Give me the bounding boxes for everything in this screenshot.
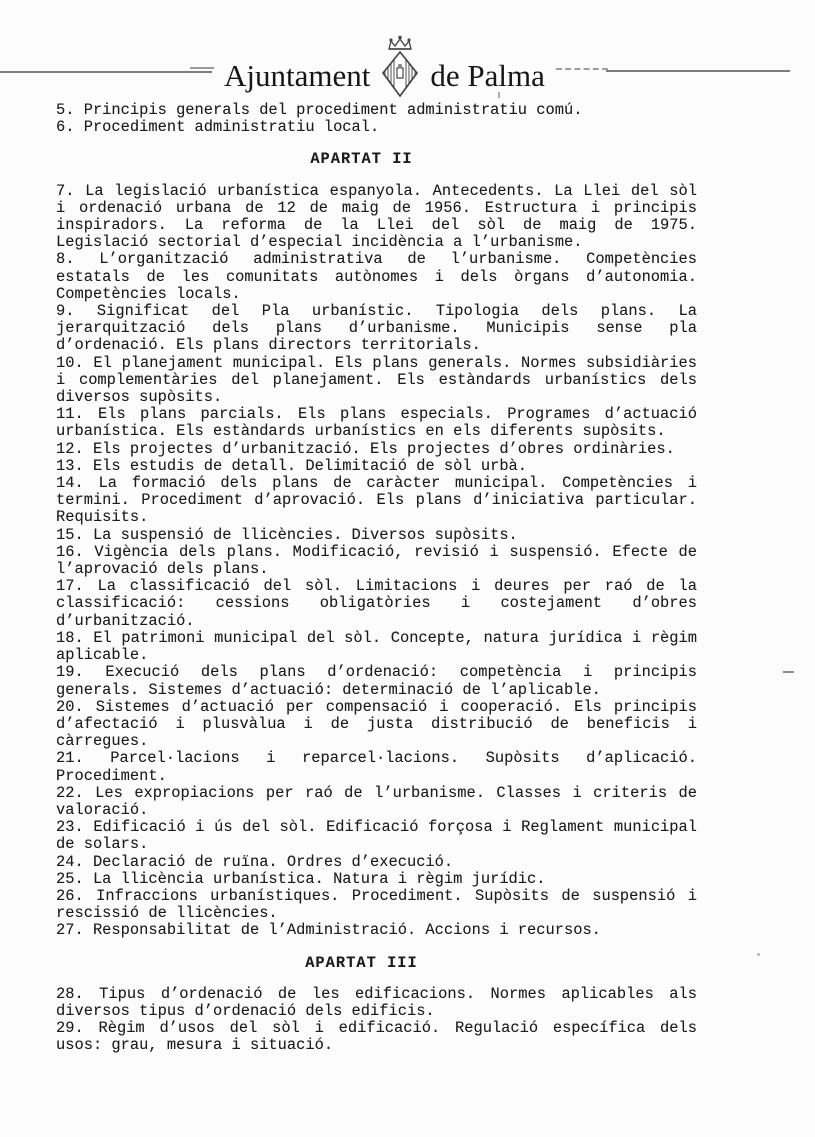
syllabus-item: 6. Procediment administratiu local. (56, 119, 697, 136)
scan-artifact (783, 671, 794, 673)
syllabus-item: 9. Significat del Pla urbanístic. Tipolo… (56, 303, 697, 355)
syllabus-text-block: 5. Principis generals del procediment ad… (56, 102, 697, 1055)
syllabus-item: 10. El planejament municipal. Els plans … (56, 355, 697, 407)
section-heading: APARTAT III (56, 955, 667, 972)
syllabus-item: 12. Els projectes d’urbanització. Els pr… (56, 441, 697, 458)
scanned-document-page: { "header": { "org_left": "Ajuntament", … (0, 0, 815, 1137)
syllabus-item: 27. Responsabilitat de l’Administració. … (56, 922, 697, 939)
syllabus-item: 20. Sistemes d’actuació per compensació … (56, 699, 697, 751)
syllabus-item: 29. Règim d’usos del sòl i edificació. R… (56, 1020, 697, 1054)
scan-artifact (498, 92, 500, 98)
letterhead-rule-dash-left (190, 67, 214, 69)
syllabus-item: 23. Edificació i ús del sòl. Edificació … (56, 819, 697, 853)
letterhead-title: Ajuntament (224, 34, 545, 93)
syllabus-item: 16. Vigència dels plans. Modificació, re… (56, 544, 697, 578)
syllabus-item: 7. La legislació urbanística espanyola. … (56, 183, 697, 252)
syllabus-item: 25. La llicència urbanística. Natura i r… (56, 871, 697, 888)
syllabus-item: 8. L’organització administrativa de l’ur… (56, 251, 697, 303)
syllabus-item: 21. Parcel·lacions i reparcel·lacions. S… (56, 750, 697, 784)
letterhead-rule-right (606, 70, 790, 72)
letterhead-org-name-left: Ajuntament (224, 59, 370, 93)
syllabus-item: 14. La formació dels plans de caràcter m… (56, 475, 697, 527)
letterhead: Ajuntament (0, 0, 815, 100)
letterhead-rule-dash-right (556, 68, 608, 70)
syllabus-item: 22. Les expropiacions per raó de l’urban… (56, 785, 697, 819)
letterhead-org-name-right: de Palma (430, 59, 545, 93)
syllabus-item: 17. La classificació del sòl. Limitacion… (56, 578, 697, 630)
section-heading: APARTAT II (56, 151, 667, 168)
scan-artifact (757, 953, 760, 956)
syllabus-item: 18. El patrimoni municipal del sòl. Conc… (56, 630, 697, 664)
palma-coat-of-arms-icon (379, 34, 421, 107)
syllabus-item: 13. Els estudis de detall. Delimitació d… (56, 458, 697, 475)
syllabus-item: 5. Principis generals del procediment ad… (56, 102, 697, 119)
syllabus-item: 26. Infraccions urbanístiques. Procedime… (56, 888, 697, 922)
syllabus-item: 15. La suspensió de llicències. Diversos… (56, 527, 697, 544)
letterhead-rule-left (0, 71, 212, 73)
syllabus-item: 28. Tipus d’ordenació de les edificacion… (56, 986, 697, 1020)
syllabus-item: 11. Els plans parcials. Els plans especi… (56, 406, 697, 440)
syllabus-item: 19. Execució dels plans d’ordenació: com… (56, 664, 697, 698)
syllabus-item: 24. Declaració de ruïna. Ordres d’execuc… (56, 854, 697, 871)
